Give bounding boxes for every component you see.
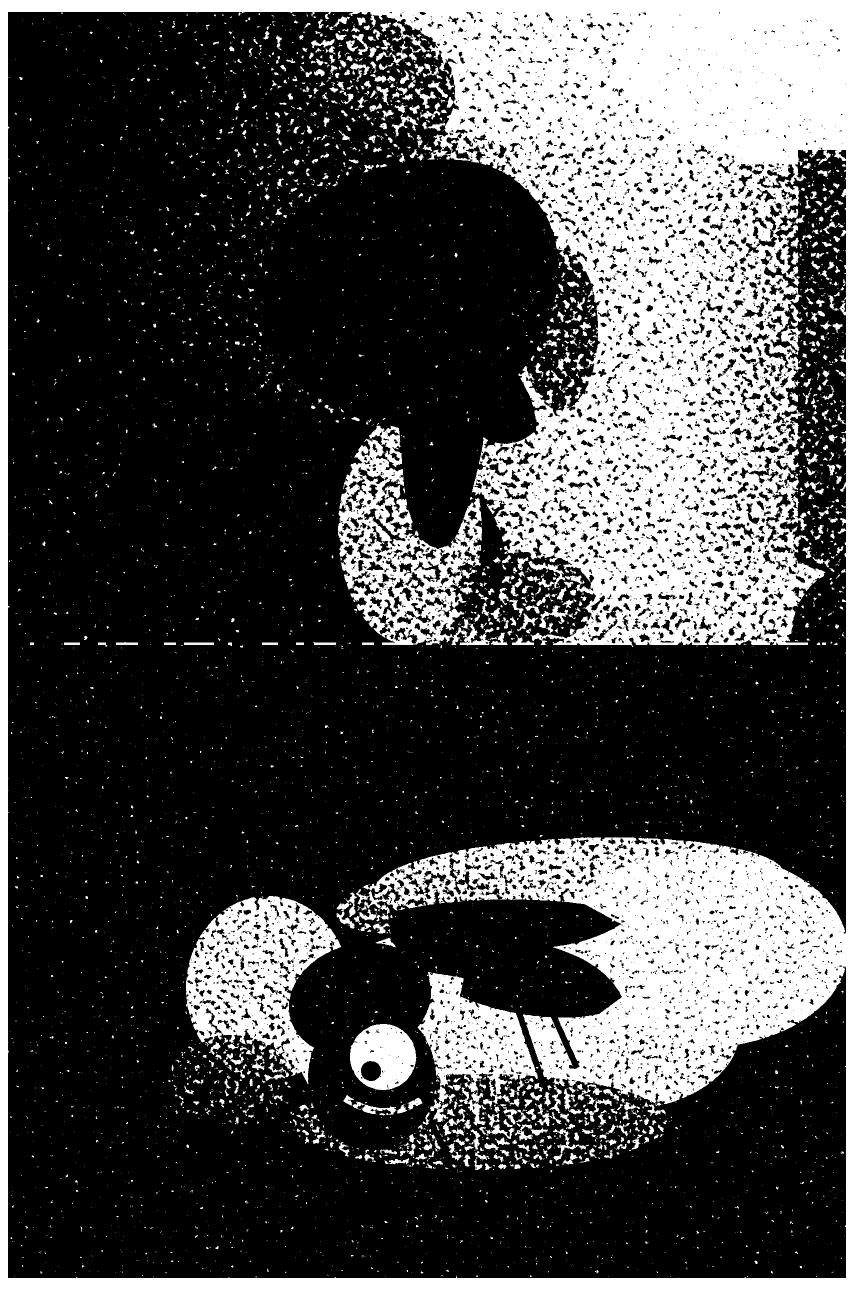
photo-sheet xyxy=(0,0,854,1293)
bark-texture-pocket xyxy=(455,552,595,648)
highlight-fade-left xyxy=(168,1035,292,1125)
bark-shadow-left xyxy=(8,360,258,645)
fly-fringe xyxy=(522,250,598,410)
bottom-photo xyxy=(8,645,848,1278)
bark-texture-patch xyxy=(265,14,455,170)
fly-eye-fleck xyxy=(361,1061,381,1081)
top-photo xyxy=(0,0,854,725)
dithered-photo-collage xyxy=(0,0,854,1293)
fly-eye xyxy=(350,1024,416,1090)
